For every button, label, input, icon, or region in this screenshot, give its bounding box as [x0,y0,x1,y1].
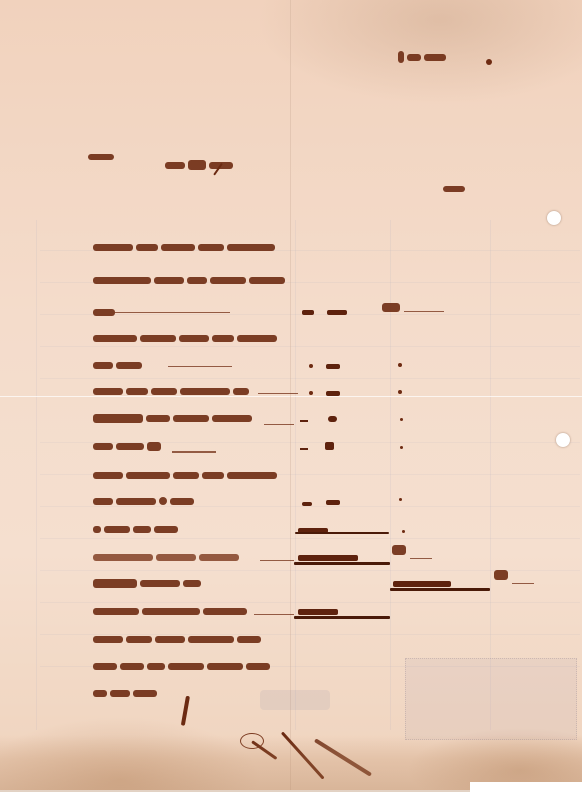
line-leader [115,312,230,313]
amount-col2: [numeral] [328,412,337,426]
line-leader [172,451,216,453]
header-left-number: [illegible numerals] [88,150,118,164]
body-line: [illegible handwriting] [93,686,173,700]
subtotal-underline [294,616,390,619]
amount-col3: • [398,390,402,394]
line-leader [260,560,294,561]
header-title-line: [illegible handwriting] [165,158,255,184]
amount-col3: • [398,363,402,367]
body-line: [illegible handwriting] [93,522,193,536]
amount-col1: — [300,443,308,457]
ledger-column-rule [295,220,296,730]
body-line: [illegible handwriting] [93,494,208,508]
amount-col2: [numeral] [327,305,347,319]
column-word: [illegible word] [382,300,406,318]
line-leader [258,393,298,394]
ledger-rule [40,378,580,379]
ledger-column-rule [490,220,491,730]
header-dot [486,59,492,65]
amount-col3: • [400,446,403,449]
body-line: [illegible handwriting] [93,273,298,287]
body-line: [illegible handwriting] [93,632,273,646]
line-leader [264,424,294,425]
column-word: [illegible word] [494,568,514,588]
closing-stroke [181,696,190,726]
subtotal-amount: [underlined numeral] [298,523,328,537]
amount-col2: [numeral] [326,386,340,400]
header-right-heading: [illegible handwriting] [443,182,473,196]
ledger-rule [40,538,580,539]
body-line: [illegible handwriting] [93,358,153,372]
line-leader [168,366,232,367]
body-line: [illegible handwriting] [93,384,288,398]
body-line: [illegible handwriting] [93,240,293,254]
header-top-right-line: [illegible handwriting] [398,50,468,64]
amount-col1: [numeral] [302,496,312,510]
subtotal-underline [295,532,389,534]
ledger-rule [40,346,580,347]
page-margin [0,792,588,799]
amount-col1: [numeral] [309,391,313,395]
amount-col1: [numeral] [309,364,313,368]
amount-col3: • [400,418,403,421]
body-line: [illegible handwriting] [93,411,293,429]
body-line: [illegible handwriting] [93,468,293,482]
amount-col2: [numeral] [326,495,340,509]
amount-col2: [numeral] [325,440,334,454]
line-leader [404,311,444,312]
document-sheet: [illegible handwriting] [illegible numer… [0,0,582,790]
body-line: [illegible handwriting] [93,331,288,345]
ledger-column-rule [390,220,391,730]
line-leader [512,583,534,584]
body-line: [illegible handwriting] [93,550,273,564]
amount-col3: • [399,498,402,501]
body-line: [illegible handwriting] [93,576,223,594]
column-word: [illegible word] [392,543,412,563]
ledger-column-rule [36,220,37,730]
amount-col1: [numeral] [302,305,314,319]
punch-hole [556,433,570,447]
body-line: [illegible handwriting] [93,439,173,453]
amount-col1: — [300,415,308,429]
grand-total-underline [390,588,490,591]
line-leader [410,558,432,559]
body-line: [illegible handwriting] [93,659,283,673]
paper-fold [0,396,582,397]
amount-col2: [numeral] [326,359,340,373]
body-line: [illegible handwriting] [93,604,273,618]
punch-hole [547,211,561,225]
line-leader [254,614,294,615]
bleed-through-stamp [405,658,577,740]
faint-stamp [260,690,330,710]
paper-fold [290,0,291,790]
subtotal-underline [294,562,390,565]
amount-col3: • [402,530,405,533]
ledger-rule [40,602,580,603]
